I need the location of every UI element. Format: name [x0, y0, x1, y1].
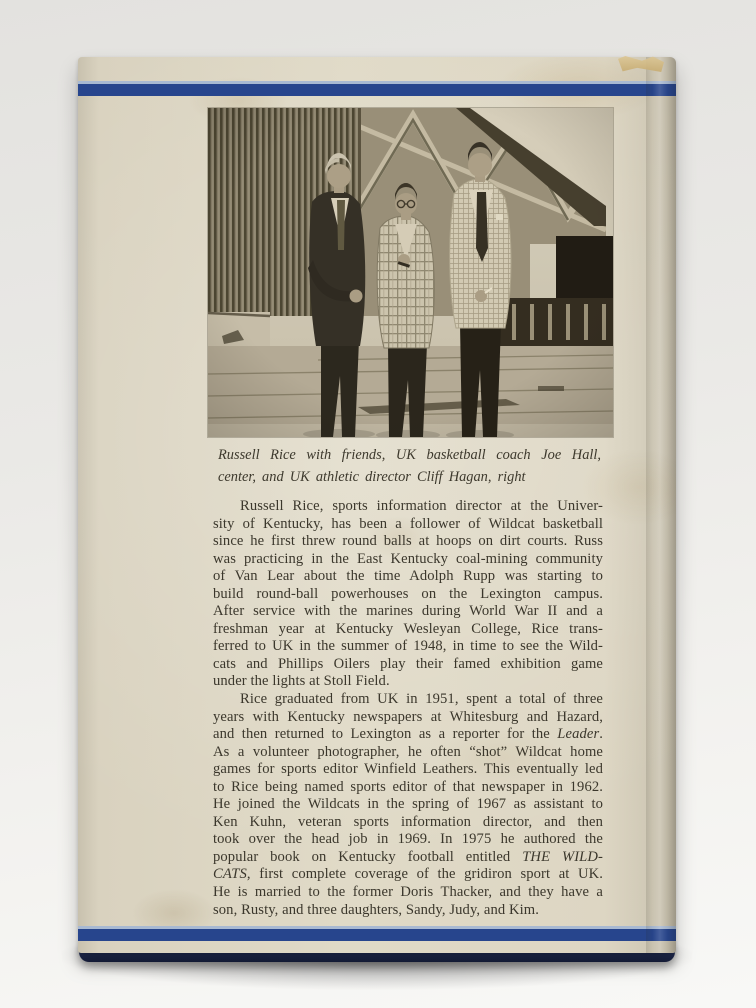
text-line: build round-ball powerhouses on the Lexi…	[213, 586, 603, 604]
text-line: center, and UK athletic director Cliff H…	[218, 467, 601, 489]
cover-photo	[208, 108, 613, 437]
text-line: ferred to UK in the summer of 1948, in t…	[213, 638, 603, 656]
jacket-stripe-top	[78, 81, 676, 96]
text-line: cats and Phillips Oilers play their fame…	[213, 656, 603, 674]
text-line: years with Kentucky newspapers at Whites…	[213, 709, 603, 727]
text-line: Ken Kuhn, veteran sports information dir…	[213, 814, 603, 832]
photo-caption: Russell Rice with friends, UK basketball…	[218, 445, 601, 488]
text-line: CATS, first complete coverage of the gri…	[213, 866, 603, 884]
text-line: games for sports editor Winfield Leather…	[213, 761, 603, 779]
text-line: After service with the marines during Wo…	[213, 603, 603, 621]
jacket-fold-edge	[646, 57, 676, 953]
text-line: As a volunteer photographer, he often “s…	[213, 744, 603, 762]
text-line: son, Rusty, and three daughters, Sandy, …	[213, 902, 603, 920]
text-line: of Van Lear about the time Adolph Rupp w…	[213, 568, 603, 586]
cover-photo-illustration	[208, 108, 613, 437]
text-line: was practicing in the East Kentucky coal…	[213, 551, 603, 569]
text-line: under the lights at Stoll Field.	[213, 673, 603, 691]
text-line: since he first threw round balls at hoop…	[213, 533, 603, 551]
text-line: and then returned to Lexington as a repo…	[213, 726, 603, 744]
text-line: Russell Rice, sports information directo…	[213, 498, 603, 516]
stripe-navy	[78, 84, 676, 96]
text-line: to Rice being named sports editor of tha…	[213, 779, 603, 797]
dust-jacket: Russell Rice with friends, UK basketball…	[78, 57, 676, 953]
text-line: took over the head job in 1969. In 1975 …	[213, 831, 603, 849]
text-line: Russell Rice with friends, UK basketball…	[218, 445, 601, 467]
text-line: popular book on Kentucky football entitl…	[213, 849, 603, 867]
book-back-cover: Russell Rice with friends, UK basketball…	[78, 57, 676, 962]
text-line: He is married to the former Doris Thacke…	[213, 884, 603, 902]
stripe-navy	[78, 929, 676, 941]
text-line: Rice graduated from UK in 1951, spent a …	[213, 691, 603, 709]
product-photo-backdrop: Russell Rice with friends, UK basketball…	[0, 0, 756, 1008]
text-line: sity of Kentucky, has been a follower of…	[213, 516, 603, 534]
text-line: He joined the Wildcats in the spring of …	[213, 796, 603, 814]
text-line: freshman year at Kentucky Wesleyan Colle…	[213, 621, 603, 639]
bio-text: Russell Rice, sports information directo…	[213, 498, 603, 919]
jacket-stripe-bottom	[78, 926, 676, 941]
